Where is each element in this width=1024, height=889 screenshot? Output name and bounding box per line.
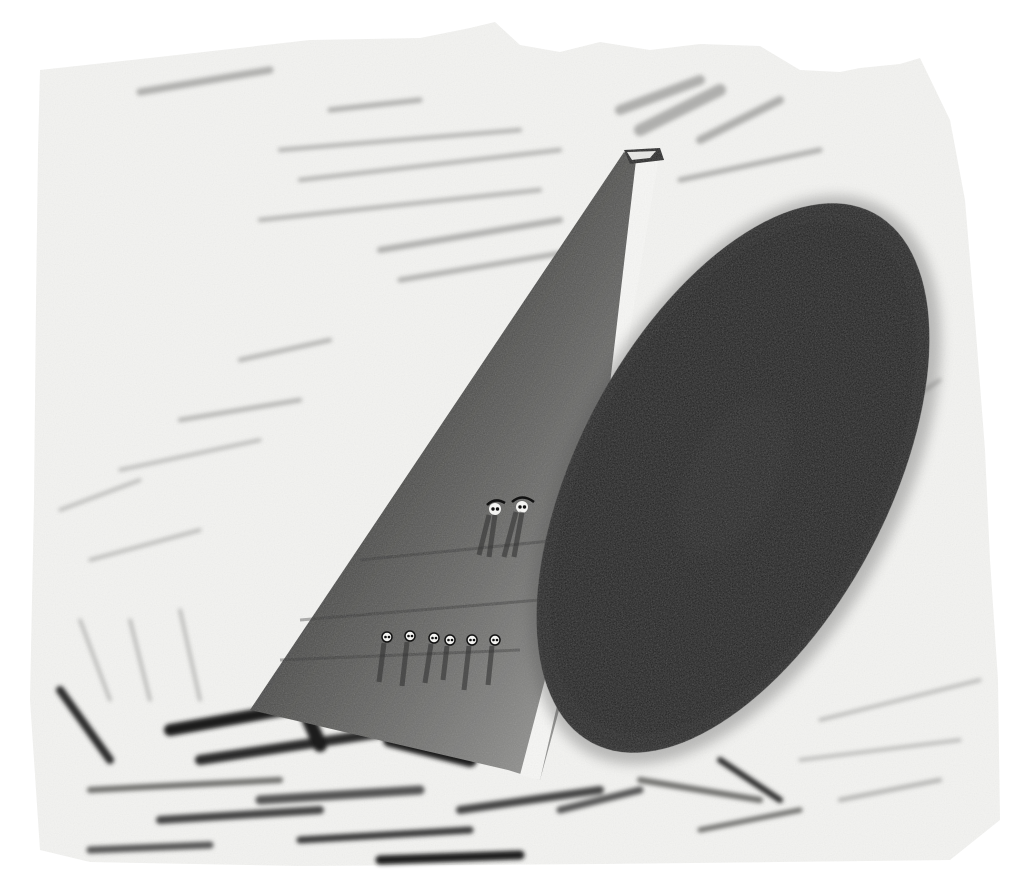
charcoal-drawing xyxy=(0,0,1024,889)
